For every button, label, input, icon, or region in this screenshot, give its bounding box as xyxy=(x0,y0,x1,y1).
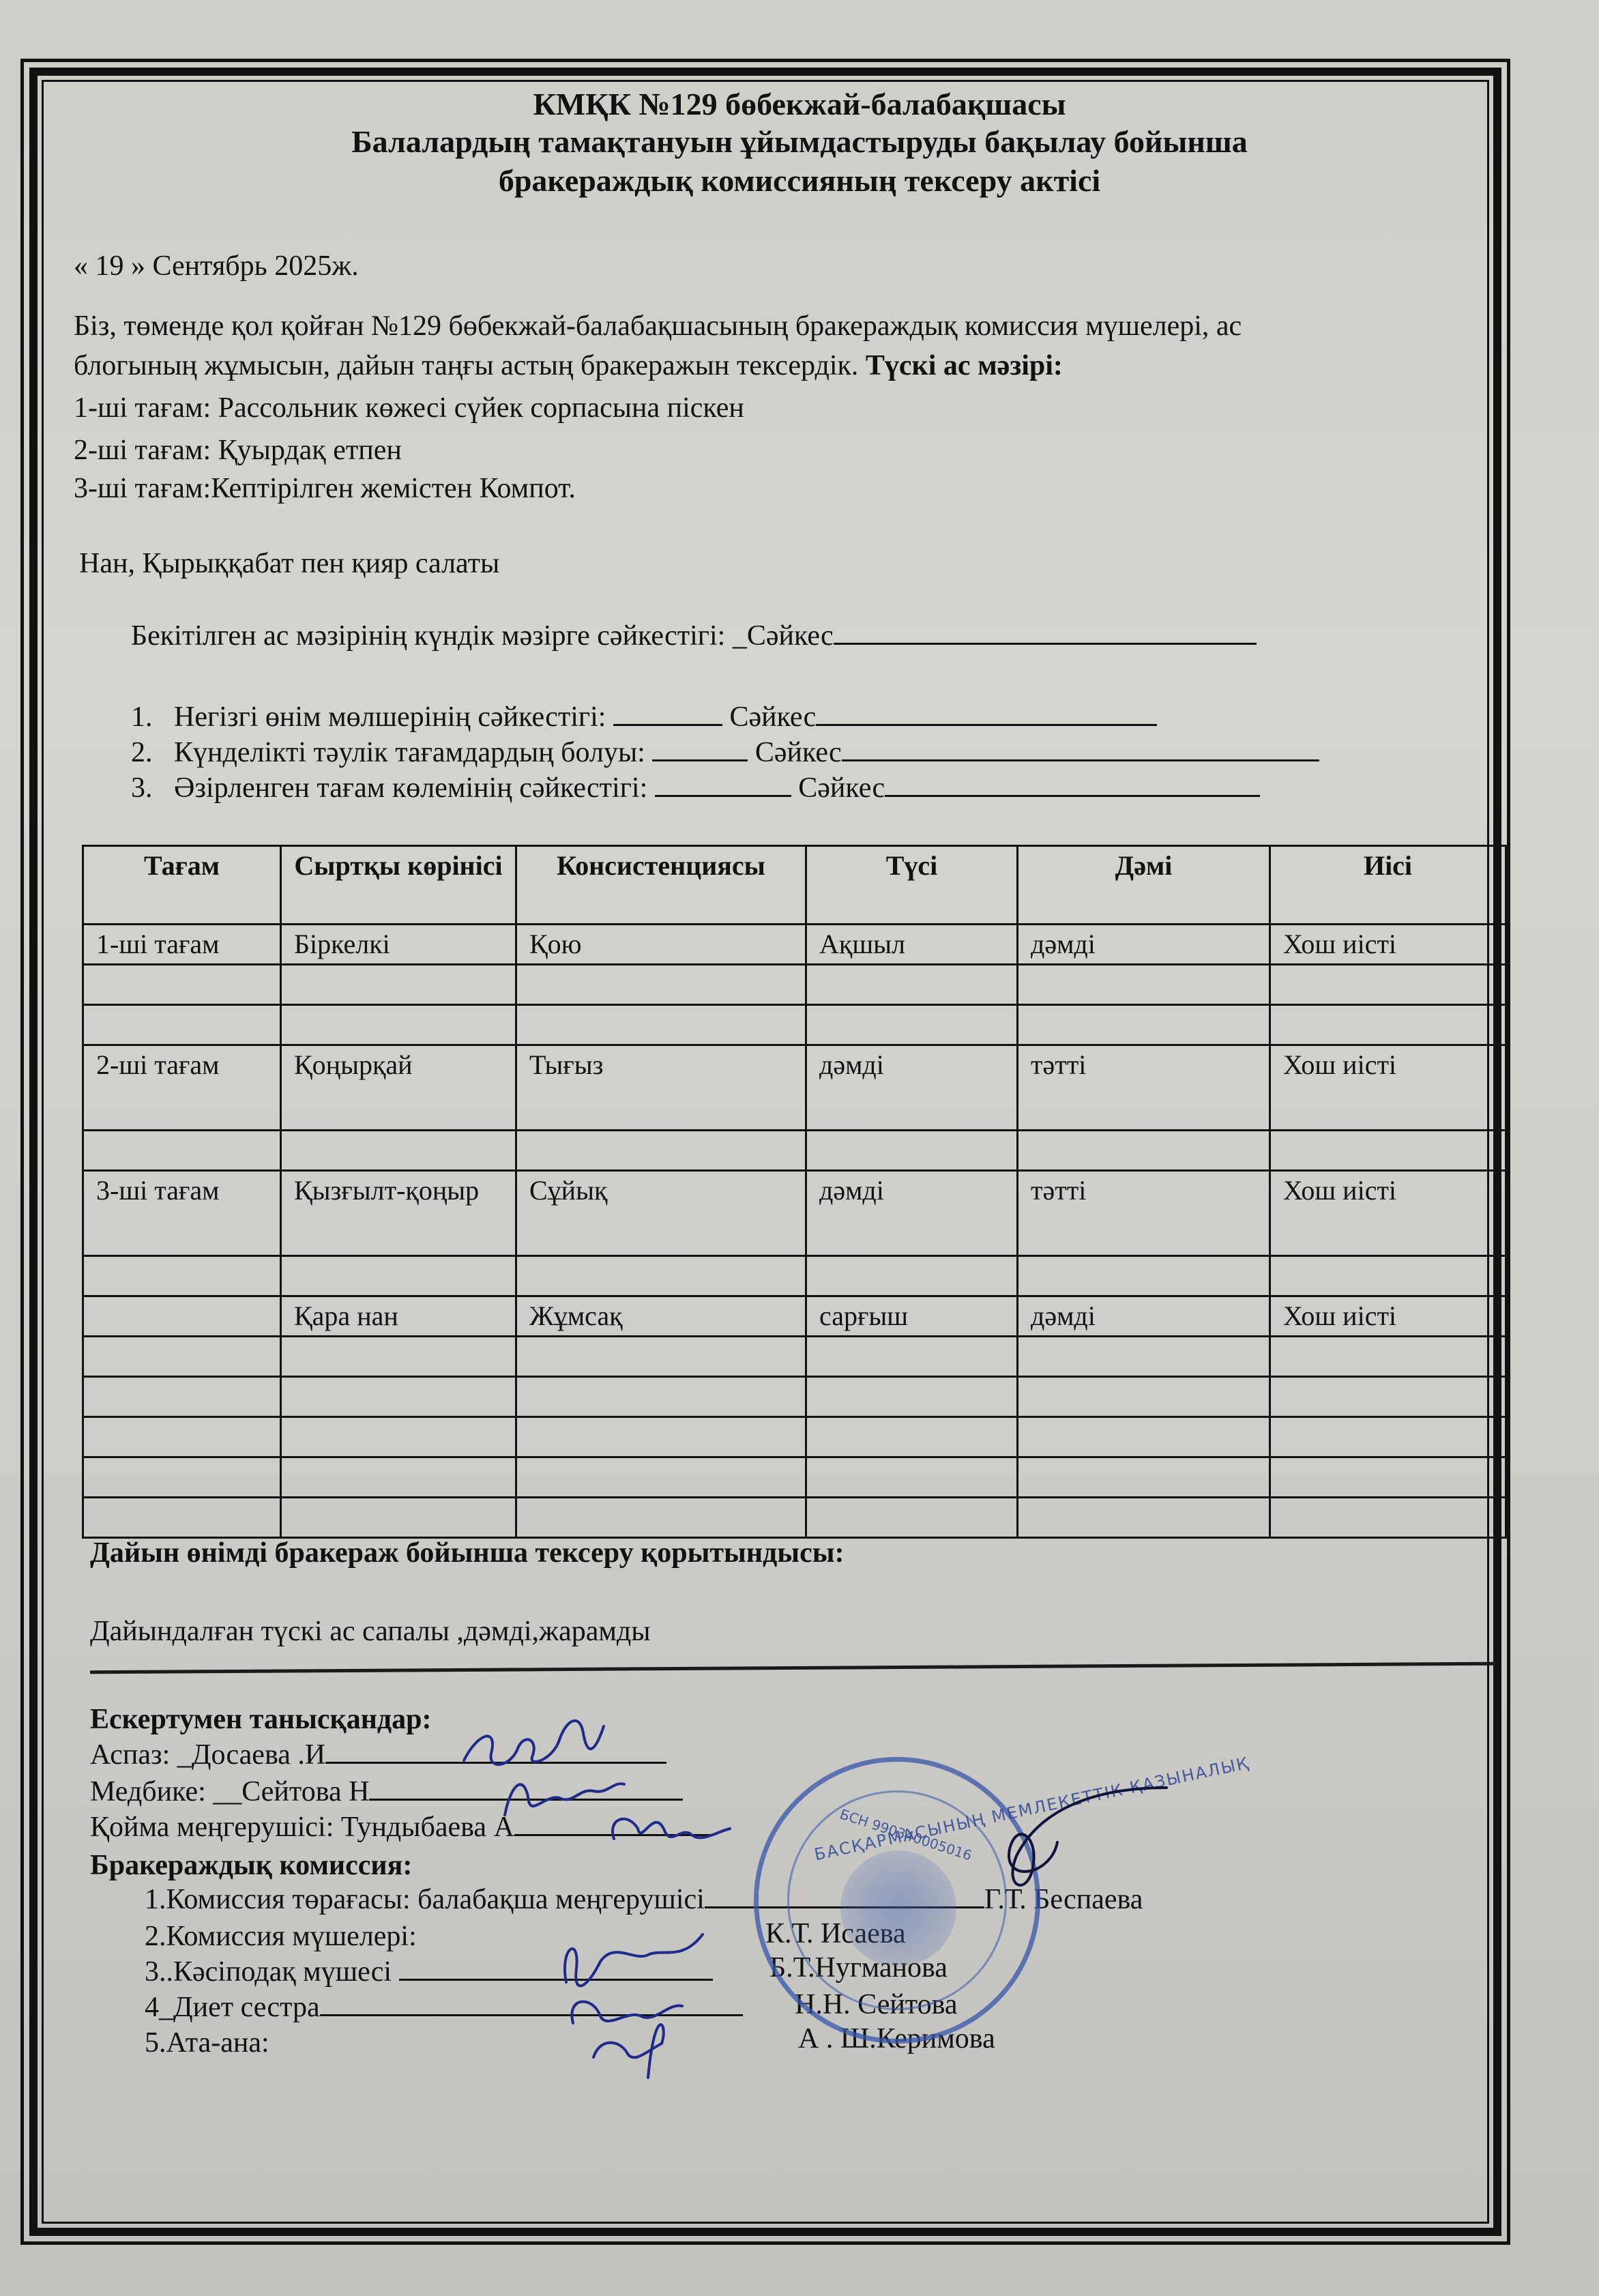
table-cell xyxy=(281,1498,516,1538)
table-cell xyxy=(806,1337,1018,1377)
table-row: 3-ші тағамҚызғылт-қоңырСұйықдәмдітәттіХо… xyxy=(83,1171,1506,1256)
document-date: « 19 » Сентябрь 2025ж. xyxy=(74,248,359,284)
table-cell xyxy=(516,1256,806,1296)
table-cell: Біркелкі xyxy=(281,925,516,965)
compliance-underline xyxy=(834,620,1257,645)
compliance-value: Сәйкес xyxy=(747,620,834,652)
table-cell xyxy=(1270,1417,1506,1457)
table-cell: 3-ші тағам xyxy=(83,1171,281,1256)
table-cell xyxy=(1018,965,1270,1005)
check-label: Негізгі өнім мөлшерінің сәйкестігі: xyxy=(174,701,606,733)
check-label: Күнделікті тәулік тағамдардың болуы: xyxy=(174,737,645,768)
table-cell xyxy=(806,1005,1018,1045)
table-cell xyxy=(516,1417,806,1457)
col-header-smell: Иісі xyxy=(1270,846,1506,925)
table-cell xyxy=(83,1457,281,1498)
table-cell xyxy=(806,965,1018,1005)
table-cell xyxy=(806,1377,1018,1417)
table-cell: дәмді xyxy=(1018,1296,1270,1337)
table-cell xyxy=(1270,1377,1506,1417)
table-cell: Жұмсақ xyxy=(516,1296,806,1337)
table-row xyxy=(83,1457,1506,1498)
table-cell xyxy=(1270,1005,1506,1045)
table-cell xyxy=(806,1417,1018,1457)
check-number: 1. xyxy=(131,701,153,733)
table-cell xyxy=(83,1296,281,1337)
check-number: 3. xyxy=(131,772,153,804)
check-number: 2. xyxy=(131,737,153,768)
person-name: Тундыбаева А xyxy=(341,1812,514,1843)
table-cell xyxy=(83,1131,281,1171)
col-header-consistency: Консистенциясы xyxy=(516,846,806,925)
table-cell xyxy=(1270,1457,1506,1498)
table-cell xyxy=(1270,1498,1506,1538)
lunch-menu-label: Түскі ас мәзірі: xyxy=(866,350,1063,381)
table-cell xyxy=(516,1498,806,1538)
compliance-label: Бекітілген ас мәзірінің күндік мәзірге с… xyxy=(131,620,747,652)
check-value: Сәйкес xyxy=(729,701,816,733)
commission-heading: Бракераждық комиссия: xyxy=(90,1848,412,1883)
table-cell xyxy=(806,1256,1018,1296)
table-row xyxy=(83,1337,1506,1377)
table-cell xyxy=(516,1377,806,1417)
table-cell xyxy=(516,1337,806,1377)
institution-title: КМҚК №129 бөбекжай-балабақшасы xyxy=(0,85,1599,123)
check-item-3: 3. Әзірленген тағам көлемінің сәйкестігі… xyxy=(131,770,1260,806)
menu-item-2: 2-ші тағам: Қуырдақ етпен xyxy=(74,433,402,468)
table-cell xyxy=(83,1377,281,1417)
table-cell: сарғыш xyxy=(806,1296,1018,1337)
table-cell xyxy=(83,1256,281,1296)
inspection-table: Тағам Сыртқы көрінісі Консистенциясы Түс… xyxy=(82,845,1507,1539)
table-cell xyxy=(281,1256,516,1296)
table-cell xyxy=(806,1498,1018,1538)
table-cell: Хош иісті xyxy=(1270,1171,1506,1256)
table-cell xyxy=(281,965,516,1005)
table-cell xyxy=(281,1005,516,1045)
table-cell: Тығыз xyxy=(516,1045,806,1131)
signature-storekeeper xyxy=(600,1798,737,1852)
table-cell: Хош иісті xyxy=(1270,1045,1506,1131)
table-cell xyxy=(1018,1131,1270,1171)
table-cell xyxy=(281,1457,516,1498)
person-name: Сейтова Н xyxy=(241,1776,369,1807)
table-cell: Қою xyxy=(516,925,806,965)
member-label: 4_Диет сестра xyxy=(145,1992,320,2023)
table-cell xyxy=(1018,1377,1270,1417)
col-header-color: Түсі xyxy=(806,846,1018,925)
blank-line xyxy=(655,772,791,797)
check-item-2: 2. Күнделікті тәулік тағамдардың болуы: … xyxy=(131,735,1319,770)
intro-text: блогының жұмысын, дайын таңғы астың брак… xyxy=(74,350,866,381)
table-cell: тәтті xyxy=(1018,1045,1270,1131)
blank-line xyxy=(613,701,722,726)
conclusion-text: Дайындалған түскі ас сапалы ,дәмді,жарам… xyxy=(90,1614,651,1649)
table-cell: Ақшыл xyxy=(806,925,1018,965)
role-label: Аспаз: _ xyxy=(90,1739,192,1771)
table-cell: дәмді xyxy=(1018,925,1270,965)
table-cell xyxy=(83,1337,281,1377)
table-row xyxy=(83,1498,1506,1538)
table-cell: Қоңырқай xyxy=(281,1045,516,1131)
table-cell xyxy=(1270,1256,1506,1296)
table-row: 2-ші тағамҚоңырқайТығыздәмдітәттіХош иіс… xyxy=(83,1045,1506,1131)
table-cell: 2-ші тағам xyxy=(83,1045,281,1131)
table-cell xyxy=(1018,1417,1270,1457)
table-cell xyxy=(281,1377,516,1417)
person-name: Досаева .И xyxy=(192,1739,325,1771)
member-label: 1.Комиссия төрағасы: балабақша меңгеруші… xyxy=(145,1884,705,1915)
table-row xyxy=(83,1005,1506,1045)
table-row: Қара нанЖұмсақсарғышдәмдіХош иісті xyxy=(83,1296,1506,1337)
table-cell xyxy=(281,1417,516,1457)
table-cell xyxy=(806,1457,1018,1498)
table-cell xyxy=(1270,1131,1506,1171)
table-cell xyxy=(516,1457,806,1498)
table-cell xyxy=(516,1005,806,1045)
menu-extras: Нан, Қырыққабат пен қияр салаты xyxy=(79,546,499,581)
menu-item-1: 1-ші тағам: Рассольник көжесі сүйек сорп… xyxy=(74,390,744,426)
document-title: бракераждық комиссияның тексеру актісі xyxy=(0,162,1599,200)
check-item-1: 1. Негізгі өнім мөлшерінің сәйкестігі: С… xyxy=(131,699,1157,735)
document-subtitle: Балалардың тамақтануын ұйымдастыруды бақ… xyxy=(0,123,1599,161)
table-cell xyxy=(1270,965,1506,1005)
check-label: Әзірленген тағам көлемінің сәйкестігі: xyxy=(174,772,647,804)
table-cell: Хош иісті xyxy=(1270,1296,1506,1337)
table-cell xyxy=(516,1131,806,1171)
table-row xyxy=(83,1131,1506,1171)
intro-line-1: Біз, төменде қол қойған №129 бөбекжай-ба… xyxy=(74,308,1242,344)
table-row xyxy=(83,1377,1506,1417)
role-label: Қойма меңгерушісі: xyxy=(90,1812,341,1843)
table-cell xyxy=(83,1498,281,1538)
table-cell xyxy=(281,1337,516,1377)
blank-line xyxy=(816,701,1157,726)
role-label: Медбике: __ xyxy=(90,1776,241,1807)
signature-members xyxy=(546,1921,737,2078)
table-row: 1-ші тағамБіркелкіҚоюАқшылдәмдіХош иісті xyxy=(83,925,1506,965)
table-cell xyxy=(1018,1005,1270,1045)
blank-line xyxy=(842,736,1319,761)
compliance-line: Бекітілген ас мәзірінің күндік мәзірге с… xyxy=(131,618,1257,654)
intro-line-2: блогының жұмысын, дайын таңғы астың брак… xyxy=(74,348,1063,383)
table-cell: 1-ші тағам xyxy=(83,925,281,965)
table-cell xyxy=(1270,1337,1506,1377)
table-cell xyxy=(83,1417,281,1457)
table-cell xyxy=(83,965,281,1005)
table-cell: дәмді xyxy=(806,1171,1018,1256)
table-cell: Хош иісті xyxy=(1270,925,1506,965)
table-row xyxy=(83,1256,1506,1296)
table-cell: Сұйық xyxy=(516,1171,806,1256)
col-header-appearance: Сыртқы көрінісі xyxy=(281,846,516,925)
acknowledged-heading: Ескертумен танысқандар: xyxy=(90,1702,432,1737)
check-value: Сәйкес xyxy=(755,737,842,768)
commission-members: 2.Комиссия мүшелері: xyxy=(145,1919,417,1954)
table-header-row: Тағам Сыртқы көрінісі Консистенциясы Түс… xyxy=(83,846,1506,925)
table-cell xyxy=(1018,1498,1270,1538)
menu-item-3: 3-ші тағам:Кептірілген жемістен Компот. xyxy=(74,471,576,506)
table-cell: дәмді xyxy=(806,1045,1018,1131)
table-cell xyxy=(1018,1256,1270,1296)
table-cell xyxy=(1018,1337,1270,1377)
table-cell: Қара нан xyxy=(281,1296,516,1337)
blank-line xyxy=(652,736,748,761)
conclusion-heading: Дайын өнімді бракераж бойынша тексеру қо… xyxy=(90,1535,845,1571)
table-cell: тәтті xyxy=(1018,1171,1270,1256)
table-row xyxy=(83,965,1506,1005)
check-value: Сәйкес xyxy=(798,772,885,804)
table-cell: Қызғылт-қоңыр xyxy=(281,1171,516,1256)
blank-line xyxy=(885,772,1260,797)
member-label: 3..Кәсіподақ мүшесі xyxy=(145,1956,392,1988)
signature-chair xyxy=(914,1774,1173,1904)
col-header-dish: Тағам xyxy=(83,846,281,925)
table-cell xyxy=(281,1131,516,1171)
table-cell xyxy=(1018,1457,1270,1498)
col-header-taste: Дәмі xyxy=(1018,846,1270,925)
commission-parent: 5.Ата-ана: xyxy=(145,2025,269,2061)
table-row xyxy=(83,1417,1506,1457)
table-cell xyxy=(516,965,806,1005)
table-cell xyxy=(806,1131,1018,1171)
table-cell xyxy=(83,1005,281,1045)
